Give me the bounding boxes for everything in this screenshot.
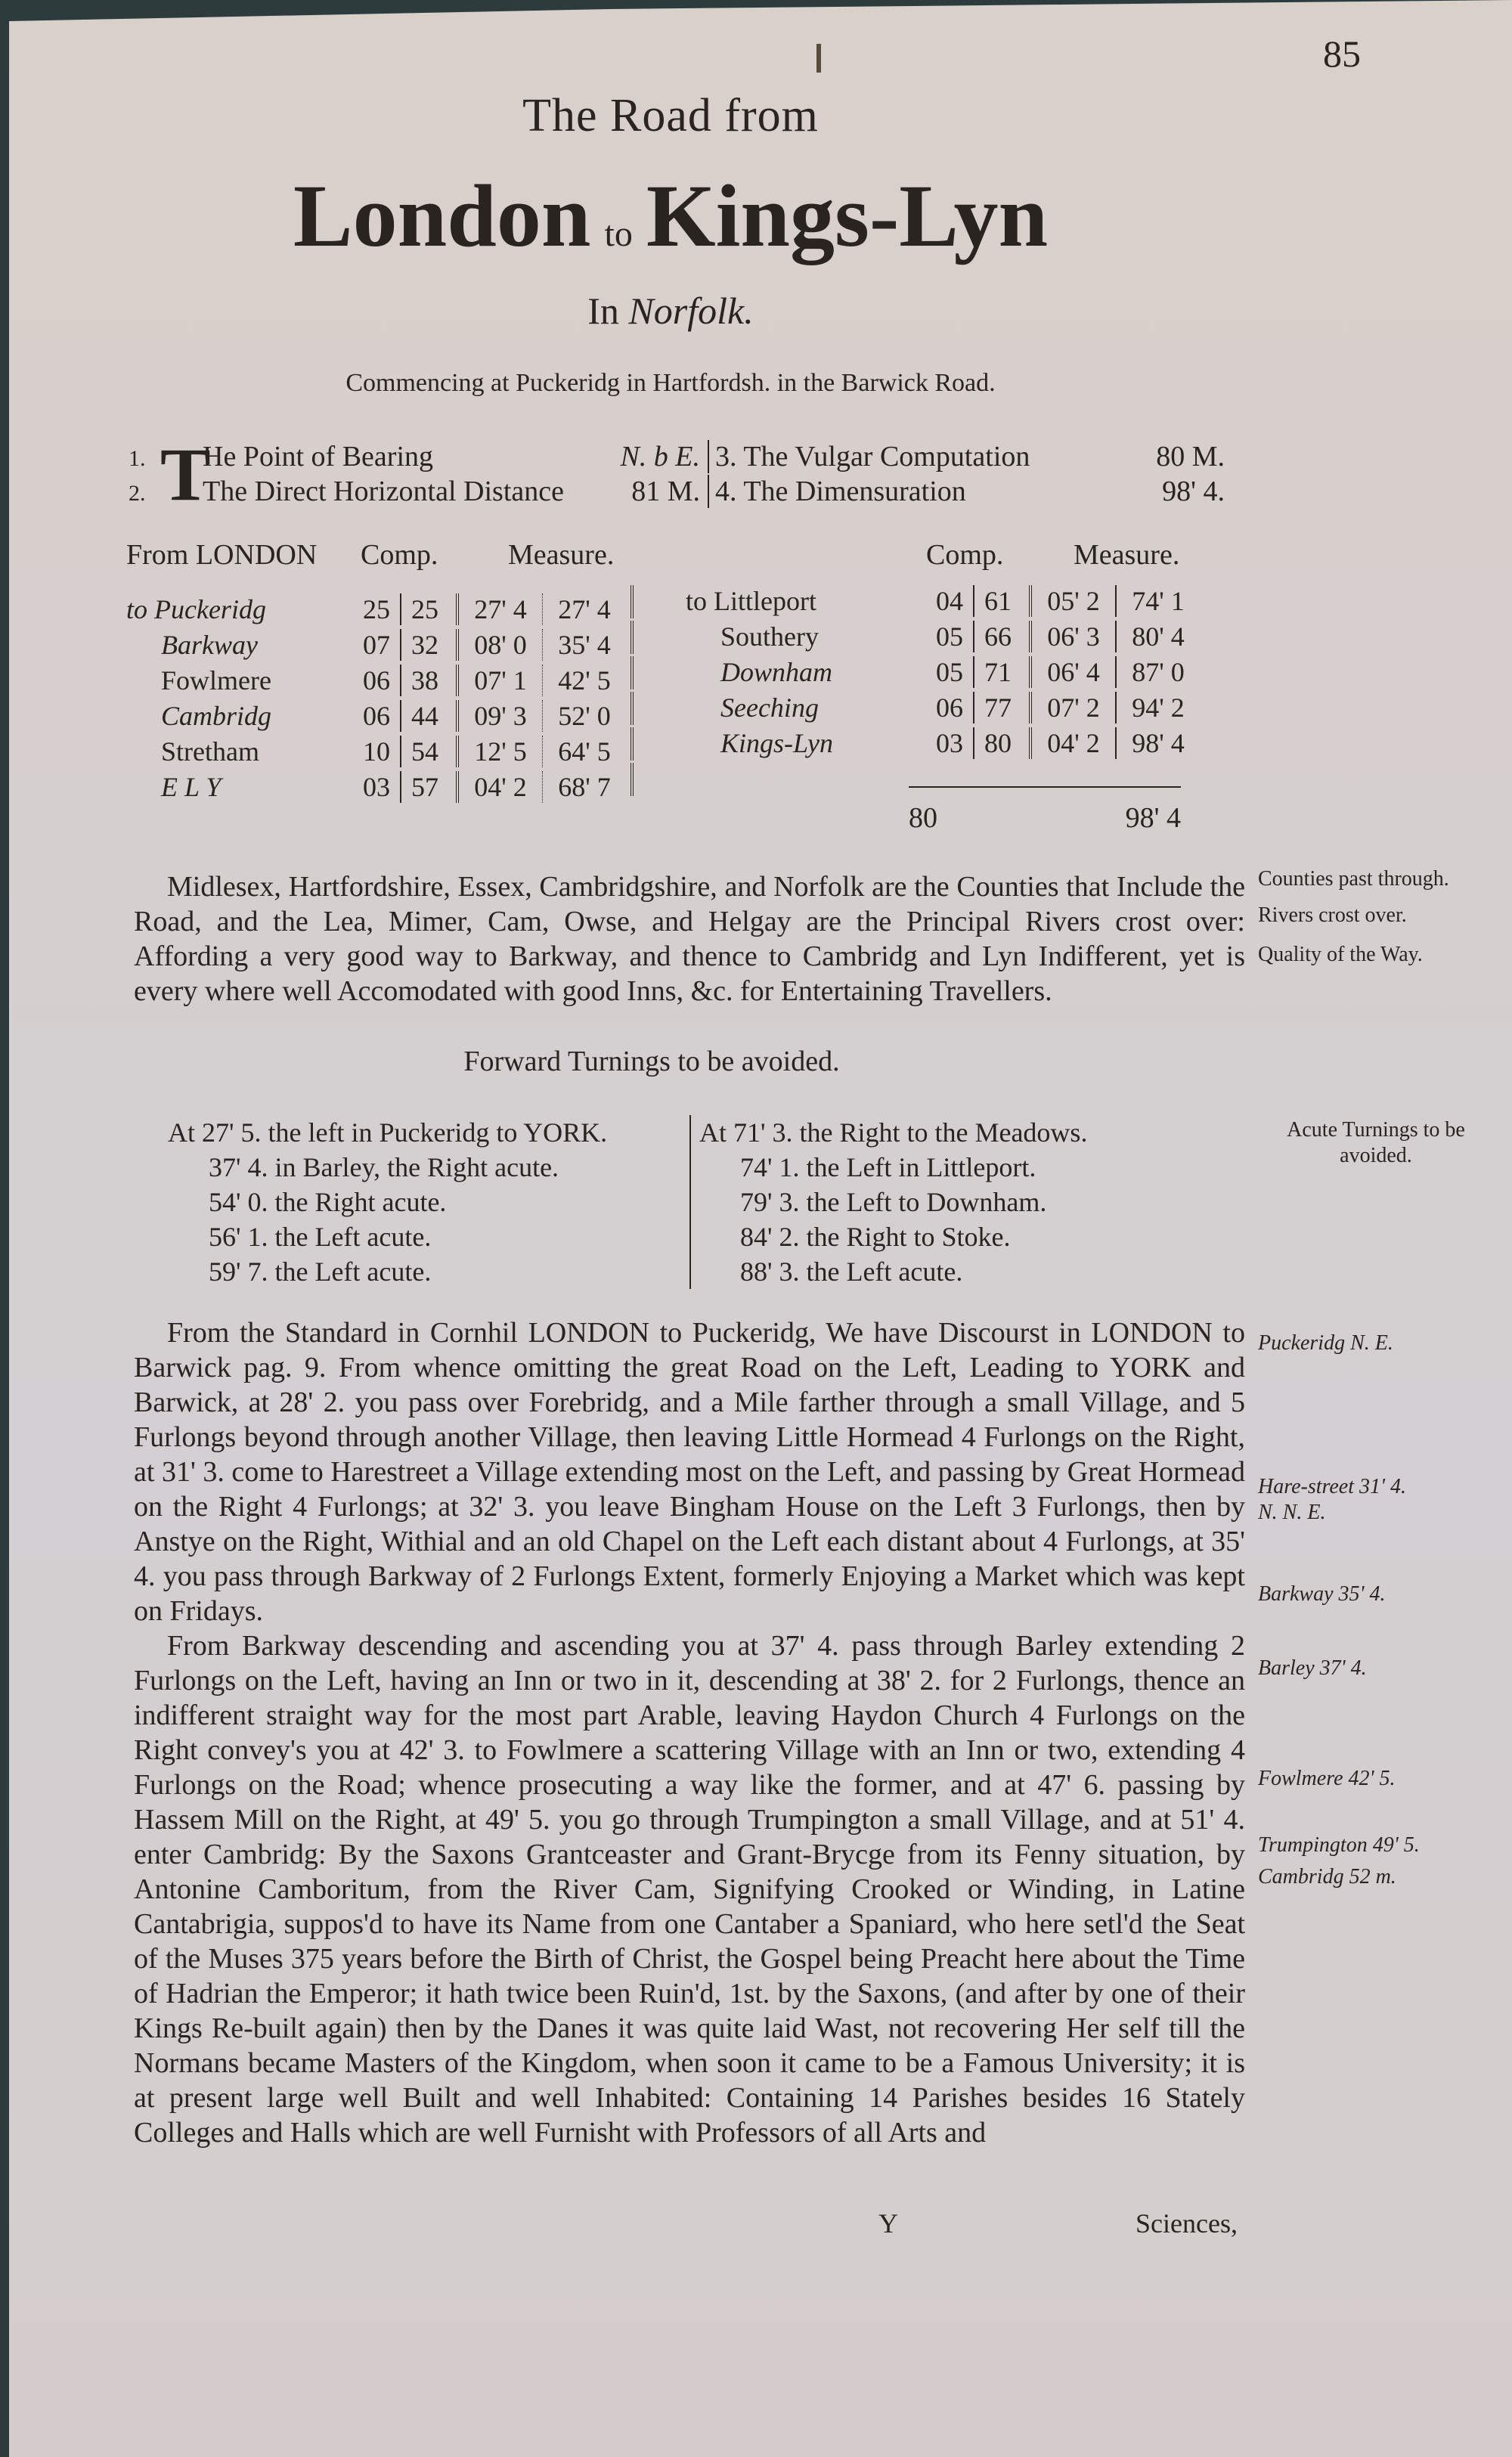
turning-item: 88' 3. the Left acute.	[699, 1254, 1228, 1289]
total-comp: 80	[909, 801, 937, 835]
summary-number: 1.	[129, 446, 150, 472]
subtitle-county: Norfolk.	[628, 290, 753, 332]
page-number: 85	[1323, 32, 1361, 76]
margin-note-cambridg: Cambridg 52 m.	[1258, 1864, 1512, 1890]
catchword: Sciences,	[1136, 2208, 1238, 2239]
margin-note-counties: Counties past through.	[1258, 866, 1512, 892]
route-summary: T 1. He Point of Bearing N. b E. 3. The …	[129, 440, 1247, 510]
drop-cap: T	[160, 440, 211, 510]
distance-table-right: Comp. Measure. to Littleport046105' 274'…	[686, 538, 1200, 763]
summary-row: 2. The Direct Horizontal Distance 81 M. …	[129, 475, 1247, 510]
table-header: From LONDON Comp. Measure.	[126, 538, 641, 585]
turning-item: At 71' 3. the Right to the Meadows.	[699, 1115, 1228, 1150]
subtitle: In Norfolk.	[9, 289, 1332, 333]
table-totals: 80 98' 4	[909, 786, 1181, 835]
table-row: Southery056606' 380' 4	[686, 621, 1200, 656]
main-paragraph: From the Standard in Cornhil LONDON to P…	[134, 1315, 1245, 1628]
title-destination: Kings-Lyn	[646, 166, 1048, 265]
intro-paragraph: Midlesex, Hartfordshire, Essex, Cambridg…	[134, 869, 1245, 1009]
margin-note-rivers: Rivers crost over.	[1258, 903, 1512, 928]
table-row: Downham057106' 487' 0	[686, 656, 1200, 692]
book-page: 85 The Road from LondontoKings-Lyn In No…	[9, 0, 1512, 2457]
title-origin: London	[293, 166, 591, 265]
turning-item: 59' 7. the Left acute.	[168, 1254, 689, 1289]
summary-row: 1. He Point of Bearing N. b E. 3. The Vu…	[129, 440, 1247, 475]
turning-item: 74' 1. the Left in Littleport.	[699, 1150, 1228, 1185]
summary-label: 4. The Dimensuration	[715, 475, 966, 508]
distance-table-left: From LONDON Comp. Measure. to Puckeridg2…	[126, 538, 641, 798]
commencing-line: Commencing at Puckeridg in Hartfordsh. i…	[9, 369, 1332, 398]
title-line-1: The Road from	[9, 89, 1332, 143]
turning-item: At 27' 5. the left in Puckeridg to YORK.	[168, 1115, 689, 1150]
summary-label: The Direct Horizontal Distance	[203, 475, 564, 508]
summary-value: N. b E.	[620, 440, 700, 473]
summary-value: 98' 4.	[1162, 475, 1225, 508]
margin-note-barkway: Barkway 35' 4.	[1258, 1582, 1512, 1607]
main-text: From the Standard in Cornhil LONDON to P…	[134, 1315, 1245, 2150]
forward-turnings-heading: Forward Turnings to be avoided.	[9, 1045, 1294, 1078]
summary-value: 80 M.	[1156, 440, 1225, 473]
margin-note-acute-turnings: Acute Turnings to be avoided.	[1270, 1117, 1482, 1169]
subtitle-prefix: In	[587, 290, 619, 332]
table-row: Fowlmere063807' 142' 5	[126, 656, 641, 692]
turning-item: 79' 3. the Left to Downham.	[699, 1185, 1228, 1219]
turning-item: 54' 0. the Right acute.	[168, 1185, 689, 1219]
turning-item: 56' 1. the Left acute.	[168, 1219, 689, 1254]
margin-note-fowlmere: Fowlmere 42' 5.	[1258, 1766, 1512, 1792]
turning-item: 37' 4. in Barley, the Right acute.	[168, 1150, 689, 1185]
margin-note-puckeridg: Puckeridg N. E.	[1258, 1331, 1512, 1356]
table-row: to Littleport046105' 274' 1	[686, 585, 1200, 621]
table-row: Seeching067707' 294' 2	[686, 692, 1200, 727]
margin-note-harestreet: Hare-street 31' 4. N. N. E.	[1258, 1474, 1409, 1526]
main-title: LondontoKings-Lyn	[9, 165, 1332, 268]
table-row: E L Y035704' 268' 7	[126, 763, 641, 798]
turnings-left-column: At 27' 5. the left in Puckeridg to YORK.…	[168, 1115, 691, 1289]
table-row: Kings-Lyn038004' 298' 4	[686, 727, 1200, 763]
table-row: Cambridg064409' 352' 0	[126, 692, 641, 727]
comp-header: Comp.	[361, 538, 508, 572]
measure-header: Measure.	[1074, 538, 1179, 572]
margin-note-barley: Barley 37' 4.	[1258, 1656, 1512, 1681]
table-row: to Puckeridg252527' 427' 4	[126, 585, 641, 621]
ink-mark	[816, 44, 821, 73]
total-measure: 98' 4	[1126, 801, 1181, 835]
from-london-header: From LONDON	[126, 538, 361, 572]
summary-label: He Point of Bearing	[203, 440, 433, 473]
table-row: Barkway073208' 035' 4	[126, 621, 641, 656]
main-paragraph: From Barkway descending and ascending yo…	[134, 1628, 1245, 2150]
summary-label: 3. The Vulgar Computation	[715, 440, 1030, 473]
table-row: Stretham105412' 564' 5	[126, 727, 641, 763]
turnings-right-column: At 71' 3. the Right to the Meadows. 74' …	[693, 1115, 1228, 1289]
table-header: Comp. Measure.	[686, 538, 1200, 585]
signature-mark: Y	[878, 2208, 898, 2239]
summary-number: 2.	[129, 481, 150, 507]
margin-note-trumpington: Trumpington 49' 5.	[1258, 1833, 1512, 1858]
measure-header: Measure.	[508, 538, 614, 572]
margin-note-quality: Quality of the Way.	[1258, 942, 1512, 968]
comp-header: Comp.	[926, 538, 1074, 572]
summary-value: 81 M.	[631, 475, 700, 508]
turning-item: 84' 2. the Right to Stoke.	[699, 1219, 1228, 1254]
title-to-word: to	[605, 214, 633, 254]
